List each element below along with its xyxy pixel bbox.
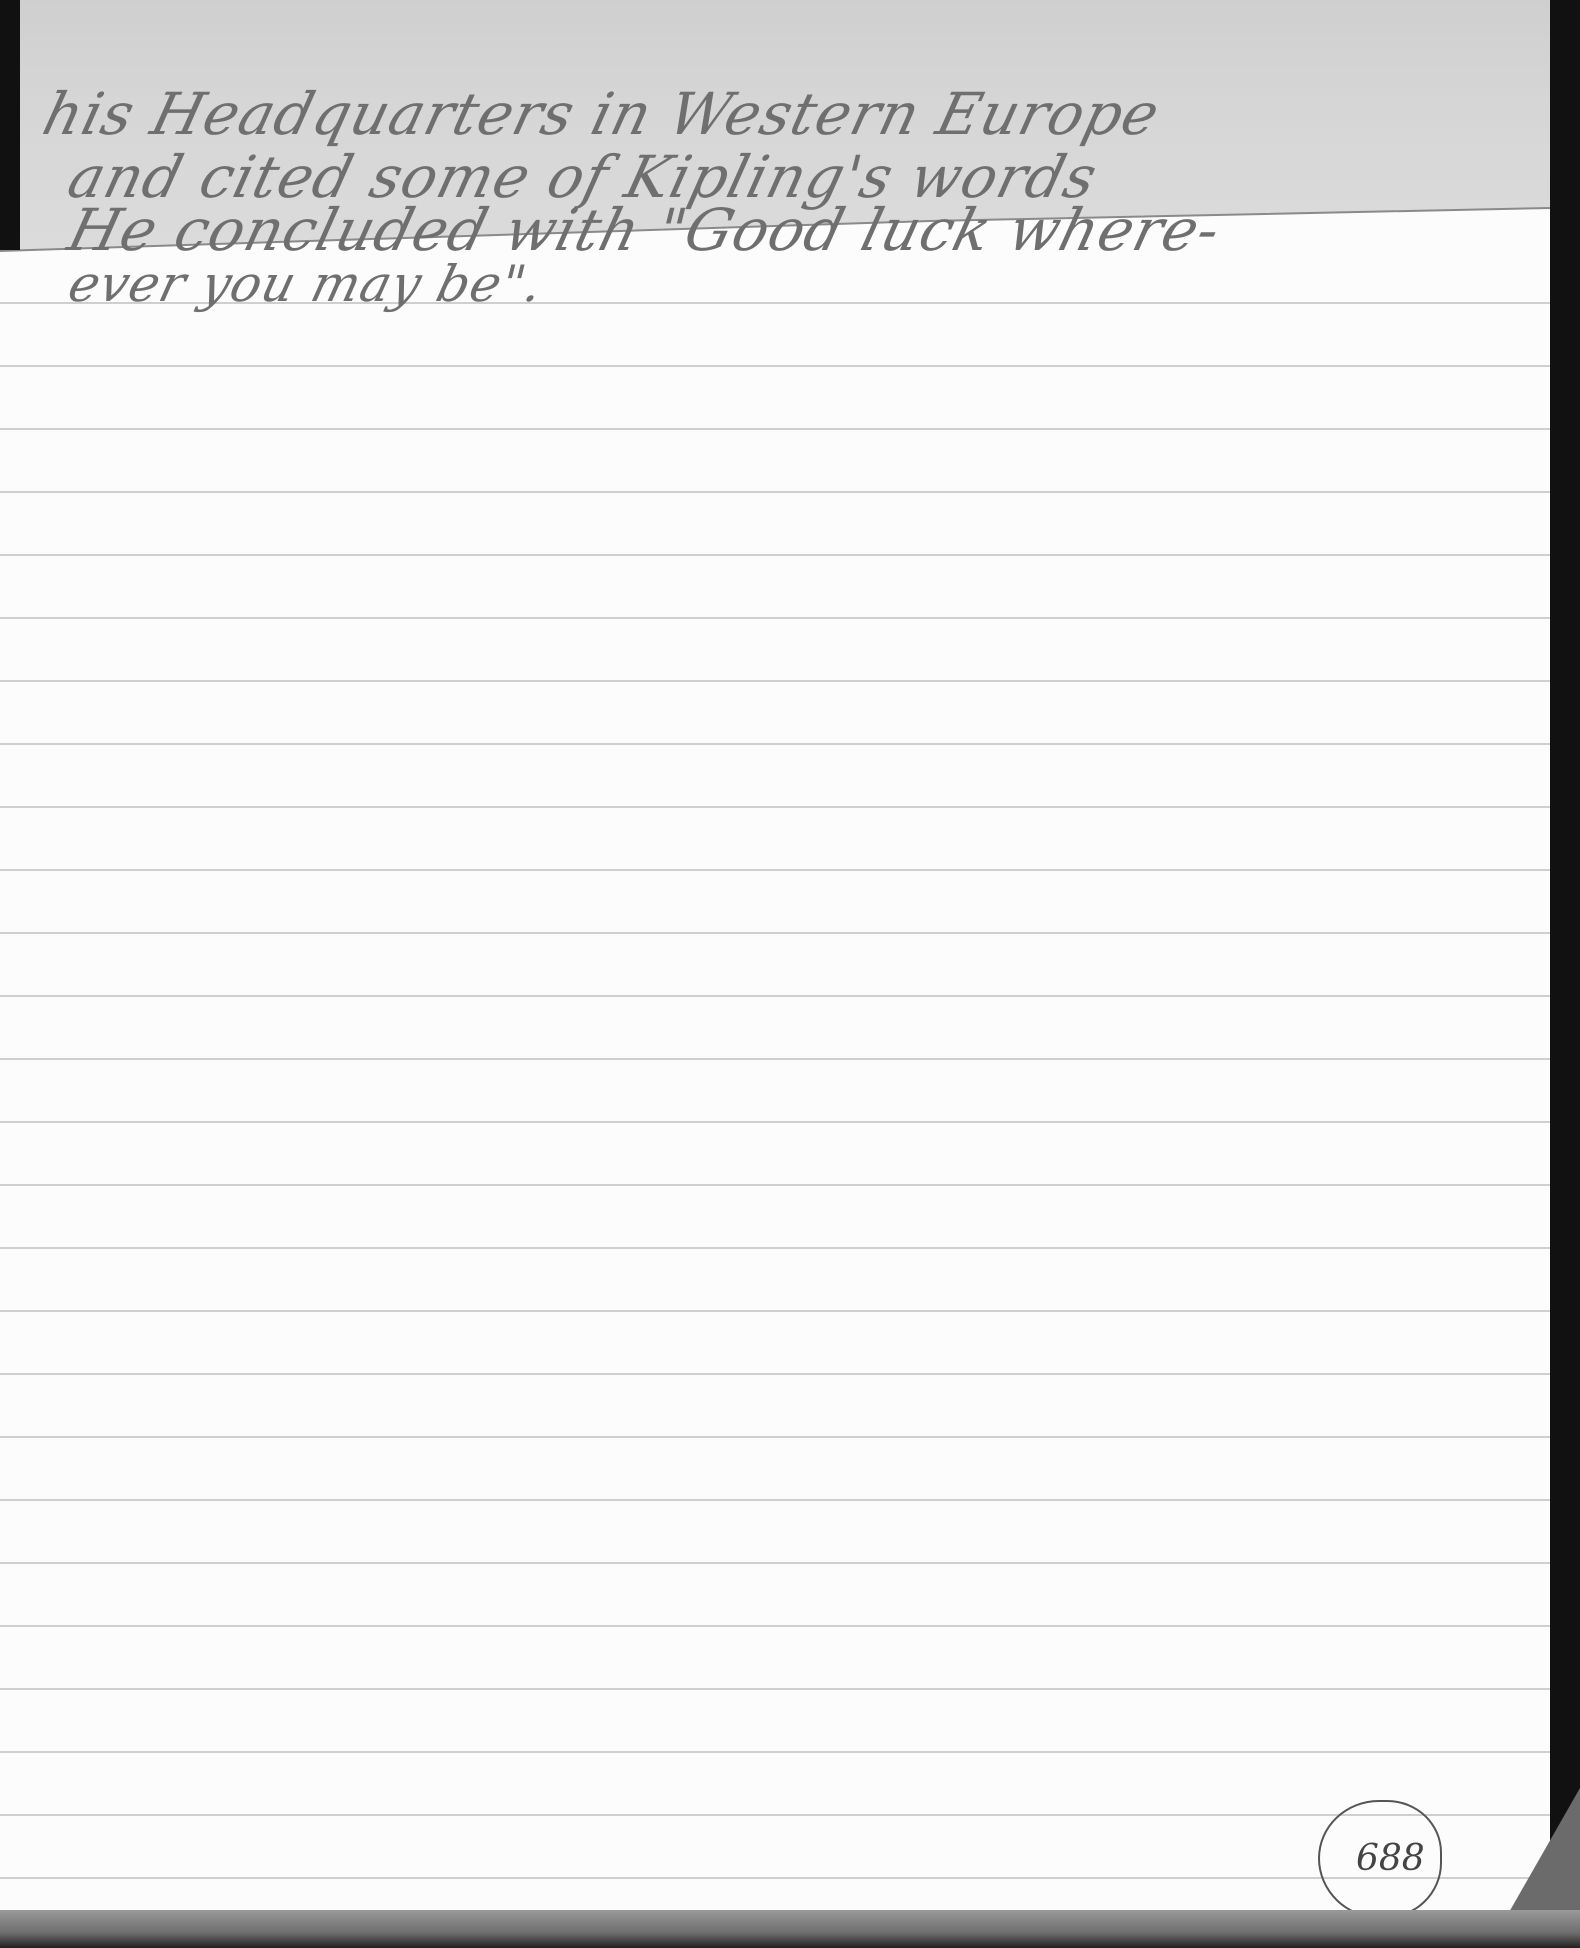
- ruled-line: [0, 554, 1550, 556]
- ruled-line: [0, 1877, 1550, 1879]
- ruled-line: [0, 743, 1550, 745]
- notepad-page: his Headquarters in Western Europe and c…: [0, 0, 1550, 1925]
- ruled-line: [0, 1499, 1550, 1501]
- ruled-line: [0, 995, 1550, 997]
- ruled-line: [0, 617, 1550, 619]
- ruled-line: [0, 1688, 1550, 1690]
- handwritten-line-1: his Headquarters in Western Europe: [37, 80, 1167, 148]
- ruled-line: [0, 1058, 1550, 1060]
- ruled-line: [0, 1373, 1550, 1375]
- ruled-line: [0, 491, 1550, 493]
- ruled-line: [0, 1436, 1550, 1438]
- ruled-line: [0, 1247, 1550, 1249]
- ruled-line: [0, 428, 1550, 430]
- scan-border-bottom: [0, 1910, 1580, 1948]
- handwritten-line-3: He concluded with "Good luck where-: [62, 196, 1228, 264]
- ruled-line: [0, 1751, 1550, 1753]
- ruled-line: [0, 806, 1550, 808]
- handwritten-line-4: ever you may be".: [63, 255, 550, 313]
- ruled-line: [0, 1310, 1550, 1312]
- ruled-line: [0, 932, 1550, 934]
- scan-border-left: [0, 0, 20, 250]
- page-number: 688: [1356, 1838, 1425, 1879]
- ruled-line: [0, 869, 1550, 871]
- ruled-line: [0, 680, 1550, 682]
- ruled-line: [0, 365, 1550, 367]
- ruled-line: [0, 1184, 1550, 1186]
- ruled-line: [0, 1121, 1550, 1123]
- ruled-line: [0, 1625, 1550, 1627]
- ruled-line: [0, 1562, 1550, 1564]
- ruled-line: [0, 1814, 1550, 1816]
